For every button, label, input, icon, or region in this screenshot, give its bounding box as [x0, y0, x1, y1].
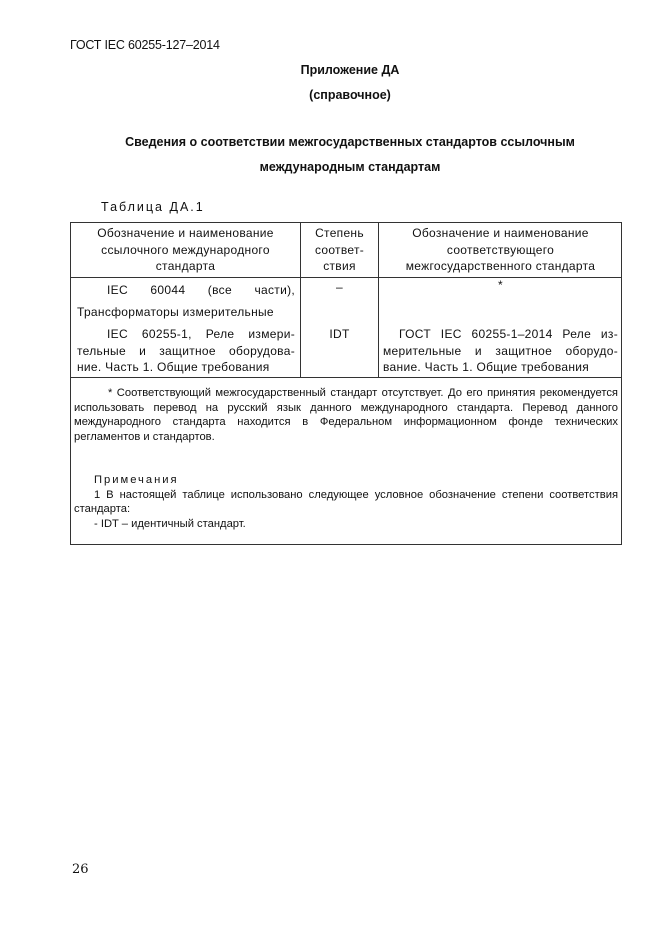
table-row-1-gost: * — [379, 277, 622, 294]
correspondence-table: Обозначение и наименование ссылочного ме… — [70, 222, 622, 545]
header-degree: Степень соответ- ствия — [301, 225, 378, 275]
table-row-2-degree: IDT — [301, 326, 378, 343]
annex-title: Приложение ДА — [0, 63, 661, 77]
table-row-1-ref: IEC 60044 (все части), Трансформаторы из… — [77, 279, 295, 323]
note-1: 1 В настоящей таблице использовано следу… — [74, 488, 618, 517]
section-title-line1: Сведения о соответствии межгосударственн… — [100, 130, 600, 155]
document-header: ГОСТ IEC 60255-127–2014 — [70, 38, 220, 52]
table-caption: Таблица ДА.1 — [101, 200, 205, 214]
note-1-item: - IDT – идентичный стандарт. — [74, 517, 618, 532]
table-row-2-ref: IEC 60255-1, Реле измери- тельные и защи… — [77, 326, 295, 376]
header-gost-standard: Обозначение и наименование соответствующ… — [379, 225, 622, 275]
notes-title: Примечания — [74, 473, 618, 488]
table-row-2-gost: ГОСТ IEC 60255-1–2014 Реле из- мерительн… — [383, 326, 618, 376]
header-ref-standard: Обозначение и наименование ссылочного ме… — [71, 225, 300, 275]
notes-divider — [71, 377, 621, 378]
annex-subtitle: (справочное) — [0, 88, 661, 102]
table-notes: * Соответствующий межгосударственный ста… — [74, 386, 618, 531]
section-title: Сведения о соответствии межгосударственн… — [100, 130, 600, 180]
footnote-text: * Соответствующий межгосударственный ста… — [74, 386, 618, 444]
table-row-1-degree: – — [301, 279, 378, 296]
page-number: 26 — [72, 862, 89, 877]
section-title-line2: международным стандартам — [100, 155, 600, 180]
